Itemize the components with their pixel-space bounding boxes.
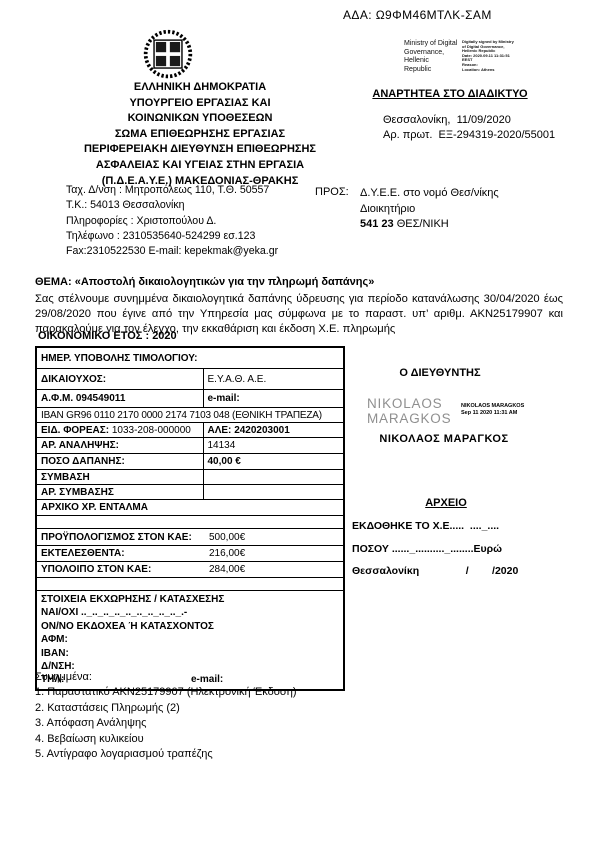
contract-value — [203, 470, 344, 485]
assignment-assignee: ΟΝ/ΝΟ ΕΚΔΟΧΕΑ Ή ΚΑΤΑΣΧΟΝΤΟΣ — [41, 620, 339, 633]
recipient-line: Δ.Υ.Ε.Ε. στο νομό Θεσ/νίκης — [360, 186, 499, 202]
director-name: ΝΙΚΟΛΑΟΣ ΜΑΡΑΓΚΟΣ — [355, 433, 533, 445]
budget-value: 500,00€ — [209, 532, 245, 543]
remaining-value: 284,00€ — [209, 564, 245, 575]
table-row: ΥΠΟΛΟΙΠΟ ΣΤΟΝ ΚΑΕ:284,00€ — [36, 562, 344, 578]
recipient-city: ΘΕΣ/ΝΙΚΗ — [394, 218, 449, 230]
table-row: ΣΥΜΒΑΣΗ — [36, 470, 344, 485]
contract-label: ΣΥΜΒΑΣΗ — [36, 470, 203, 485]
attachment-item: 5. Αντίγραφο λογαριασμού τραπέζης — [35, 747, 296, 762]
contract-no-value — [203, 485, 344, 500]
table-row: Α.Φ.Μ. 094549011 e-mail: — [36, 390, 344, 408]
digital-signature-details: NIKOLAOS MARAGKOS Sep 11 2020 11:31 AM — [461, 403, 524, 416]
ale-cell: ΑΛΕ: 2420203001 — [203, 423, 344, 438]
subject-line: ΘΕΜΑ: «Αποστολή δικαιολογητικών για την … — [35, 276, 374, 288]
recipient-zip: 541 23 — [360, 218, 394, 230]
stamp-signature-details: Digitally signed by Ministry of Digital … — [462, 40, 524, 74]
contact-phone-line: Τηλέφωνο : 2310535640-524299 εσ.123 — [66, 229, 278, 244]
agency-code-value: 1033-208-000000 — [112, 425, 191, 436]
ada-code: ΑΔΑ: Ω9ΦΜ46ΜΤΛΚ-ΣΑΜ — [343, 8, 492, 22]
table-row: ΗΜΕΡ. ΥΠΟΒΟΛΗΣ ΤΙΜΟΛΟΓΙΟΥ: — [36, 347, 344, 369]
original-warrant-label: ΑΡΧΙΚΟ ΧΡ. ΕΝΤΑΛΜΑ — [36, 500, 344, 516]
commitment-label: ΑΡ. ΑΝΑΛΗΨΗΣ: — [36, 438, 203, 454]
archive-issued-line: ΕΚΔΟΘΗΚΕ ΤΟ Χ.Ε..... ...._.... — [352, 520, 499, 532]
recipient-block: Δ.Υ.Ε.Ε. στο νομό Θεσ/νίκης Διοικητήριο … — [360, 186, 499, 233]
attachments-list: Συνημμένα: 1. Παραστατικό ΑΚΝ25179907 (Η… — [35, 670, 296, 762]
table-row — [36, 516, 344, 529]
archive-amount-line: ΠΟΣΟΥ ......_.........._........Ευρώ — [352, 543, 502, 555]
email-label: e-mail: — [203, 390, 344, 408]
attachment-item: 4. Βεβαίωση κυλικείου — [35, 732, 296, 747]
amount-value: 40,00 € — [203, 454, 344, 470]
fiscal-year-line: ΟΙΚΟΝΟΜΙΚΟ ΕΤΟΣ : 2020 — [38, 330, 177, 342]
table-row: ΠΡΟΫΠΟΛΟΓΙΣΜΟΣ ΣΤΟΝ ΚΑΕ:500,00€ — [36, 529, 344, 546]
table-row: ΔΙΚΑΙΟΥΧΟΣ: Ε.Υ.Α.Θ. Α.Ε. — [36, 369, 344, 390]
agency-line: ΑΣΦΑΛΕΙΑΣ ΚΑΙ ΥΓΕΙΑΣ ΣΤΗΝ ΕΡΓΑΣΙΑ — [55, 158, 345, 174]
recipient-line: 541 23 ΘΕΣ/ΝΙΚΗ — [360, 217, 499, 233]
contact-info-line: Πληροφορίες : Χριστοπούλου Δ. — [66, 214, 278, 229]
commitment-value: 14134 — [203, 438, 344, 454]
table-row: ΕΚΤΕΛΕΣΘΕΝΤΑ:216,00€ — [36, 546, 344, 562]
agency-code-label: ΕΙΔ. ΦΟΡΕΑΣ: — [41, 425, 109, 436]
attachments-title: Συνημμένα: — [35, 670, 296, 685]
archive-city-date-line: Θεσσαλονίκη / /2020 — [352, 565, 518, 577]
iban-line: ΙΒΑΝ GR96 0110 2170 0000 2174 7103 048 (… — [36, 408, 344, 423]
spacer-row — [36, 516, 344, 529]
contact-address-line: Ταχ. Δ/νση : Μητροπόλεως 110, Τ.Θ. 50557 — [66, 183, 278, 198]
table-row: ΕΙΔ. ΦΟΡΕΑΣ: 1033-208-000000 ΑΛΕ: 242020… — [36, 423, 344, 438]
table-row: ΙΒΑΝ GR96 0110 2170 0000 2174 7103 048 (… — [36, 408, 344, 423]
table-row: ΑΡ. ΣΥΜΒΑΣΗΣ — [36, 485, 344, 500]
executed-value: 216,00€ — [209, 548, 245, 559]
assignment-title: ΣΤΟΙΧΕΙΑ ΕΚΧΩΡΗΣΗΣ / ΚΑΤΑΣΧΕΣΗΣ — [41, 593, 339, 606]
agency-line: ΠΕΡΙΦΕΡΕΙΑΚΗ ΔΙΕΥΘΥΝΣΗ ΕΠΙΘΕΩΡΗΣΗΣ — [55, 142, 345, 158]
fiscal-year-value: 2020 — [152, 330, 176, 342]
protocol-number: Αρ. πρωτ. ΕΞ-294319-2020/55001 — [383, 129, 555, 141]
table-row: ΑΡΧΙΚΟ ΧΡ. ΕΝΤΑΛΜΑ — [36, 500, 344, 516]
invoice-date-label: ΗΜΕΡ. ΥΠΟΒΟΛΗΣ ΤΙΜΟΛΟΓΙΟΥ: — [36, 347, 344, 369]
digital-governance-stamp: Ministry of Digital Governance, Hellenic… — [404, 40, 524, 74]
hellenic-coat-of-arms-icon — [140, 28, 196, 85]
publish-notice: ΑΝΑΡΤΗΤΕΑ ΣΤΟ ΔΙΑΔΙΚΤΥΟ — [348, 88, 552, 100]
agency-line: ΥΠΟΥΡΓΕΙΟ ΕΡΓΑΣΙΑΣ ΚΑΙ — [55, 96, 345, 112]
contract-no-label: ΑΡ. ΣΥΜΒΑΣΗΣ — [36, 485, 203, 500]
digital-signature-name: NIKOLAOS MARAGKOS — [367, 396, 451, 426]
agency-line: ΚΟΙΝΩΝΙΚΩΝ ΥΠΟΘΕΣΕΩΝ — [55, 111, 345, 127]
assignment-iban-label: ΙΒΑΝ: — [41, 647, 339, 660]
amount-label: ΠΟΣΟ ΔΑΠΑΝΗΣ: — [36, 454, 203, 470]
assignment-yes-no: ΝΑΙ/ΟΧΙ .._.._.._.._.._.._.._.._.._.- — [41, 606, 339, 619]
city-date-line: Θεσσαλονίκη, 11/09/2020 — [383, 114, 511, 126]
archive-title: ΑΡΧΕΙΟ — [390, 497, 502, 509]
agency-header: ΕΛΛΗΝΙΚΗ ΔΗΜΟΚΡΑΤΙΑ ΥΠΟΥΡΓΕΙΟ ΕΡΓΑΣΙΑΣ Κ… — [55, 80, 345, 189]
spacer-row — [36, 578, 344, 591]
table-row: ΑΡ. ΑΝΑΛΗΨΗΣ: 14134 — [36, 438, 344, 454]
agency-line: ΕΛΛΗΝΙΚΗ ΔΗΜΟΚΡΑΤΙΑ — [55, 80, 345, 96]
afm-value: Α.Φ.Μ. 094549011 — [36, 390, 203, 408]
remaining-cell: ΥΠΟΛΟΙΠΟ ΣΤΟΝ ΚΑΕ:284,00€ — [36, 562, 344, 578]
director-title: Ο ΔΙΕΥΘΥΝΤΗΣ — [365, 367, 515, 379]
agency-code-cell: ΕΙΔ. ΦΟΡΕΑΣ: 1033-208-000000 — [36, 423, 203, 438]
executed-label: ΕΚΤΕΛΕΣΘΕΝΤΑ: — [41, 548, 209, 559]
remaining-label: ΥΠΟΛΟΙΠΟ ΣΤΟΝ ΚΑΕ: — [41, 564, 209, 575]
attachment-item: 1. Παραστατικό ΑΚΝ25179907 (Ηλεκτρονική … — [35, 685, 296, 700]
stamp-ministry-text: Ministry of Digital Governance, Hellenic… — [404, 40, 458, 74]
document-page: ΑΔΑ: Ω9ΦΜ46ΜΤΛΚ-ΣΑΜ Ministry of Digital … — [0, 0, 595, 842]
agency-line: ΣΩΜΑ ΕΠΙΘΕΩΡΗΣΗΣ ΕΡΓΑΣΙΑΣ — [55, 127, 345, 143]
beneficiary-value: Ε.Υ.Α.Θ. Α.Ε. — [203, 369, 344, 390]
executed-cell: ΕΚΤΕΛΕΣΘΕΝΤΑ:216,00€ — [36, 546, 344, 562]
table-row: ΠΟΣΟ ΔΑΠΑΝΗΣ: 40,00 € — [36, 454, 344, 470]
agency-contact-block: Ταχ. Δ/νση : Μητροπόλεως 110, Τ.Θ. 50557… — [66, 183, 278, 259]
budget-label: ΠΡΟΫΠΟΛΟΓΙΣΜΟΣ ΣΤΟΝ ΚΑΕ: — [41, 532, 209, 543]
attachment-item: 3. Απόφαση Ανάληψης — [35, 716, 296, 731]
ale-value: 2420203001 — [234, 425, 290, 436]
expense-table: ΗΜΕΡ. ΥΠΟΒΟΛΗΣ ΤΙΜΟΛΟΓΙΟΥ: ΔΙΚΑΙΟΥΧΟΣ: Ε… — [35, 346, 345, 691]
ale-label: ΑΛΕ: — [208, 425, 232, 436]
fiscal-year-label: ΟΙΚΟΝΟΜΙΚΟ ΕΤΟΣ : — [38, 330, 149, 342]
contact-postcode-line: Τ.Κ.: 54013 Θεσσαλονίκη — [66, 198, 278, 213]
contact-fax-email-line: Fax:2310522530 E-mail: kepekmak@yeka.gr — [66, 244, 278, 259]
table-row — [36, 578, 344, 591]
to-label: ΠΡΟΣ: — [315, 186, 349, 198]
assignment-afm-label: ΑΦΜ: — [41, 633, 339, 646]
recipient-line: Διοικητήριο — [360, 202, 499, 218]
attachment-item: 2. Καταστάσεις Πληρωμής (2) — [35, 701, 296, 716]
beneficiary-label: ΔΙΚΑΙΟΥΧΟΣ: — [36, 369, 203, 390]
budget-cell: ΠΡΟΫΠΟΛΟΓΙΣΜΟΣ ΣΤΟΝ ΚΑΕ:500,00€ — [36, 529, 344, 546]
